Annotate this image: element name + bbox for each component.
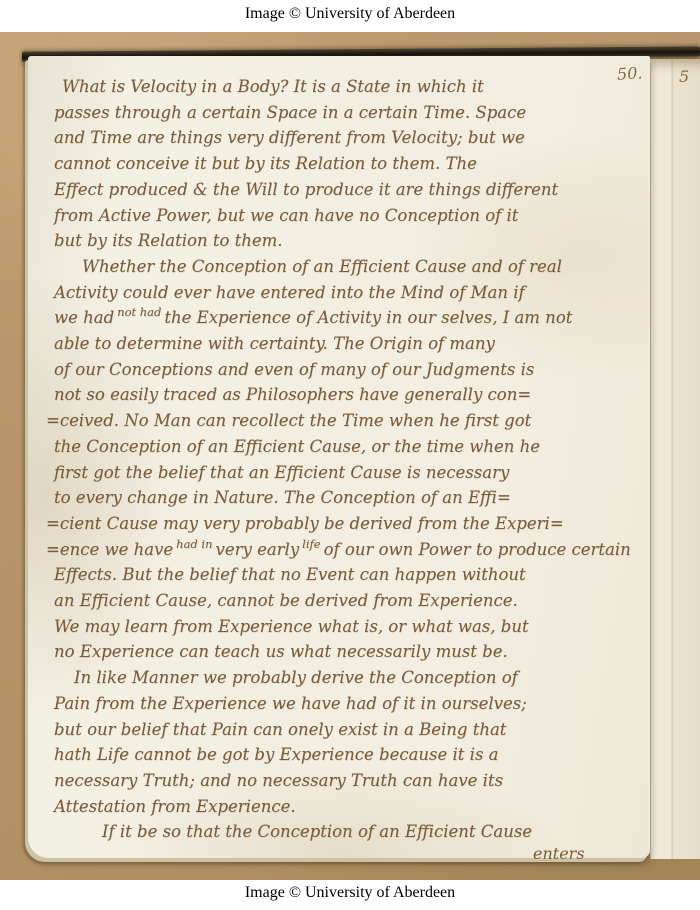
- line-text: we had: [54, 308, 114, 327]
- manuscript-line: passes through a certain Space in a cert…: [54, 100, 648, 126]
- manuscript-line: but our belief that Pain can onely exist…: [54, 717, 648, 743]
- manuscript-line: first got the belief that an Efficient C…: [54, 460, 648, 486]
- line-text: Whether the Conception of an Efficient C…: [82, 257, 562, 276]
- manuscript-line: the Conception of an Efficient Cause, or…: [54, 434, 648, 460]
- manuscript-line: Activity could ever have entered into th…: [54, 280, 648, 306]
- line-text: of our own Power to produce certain: [324, 540, 631, 559]
- catchword: enters: [533, 844, 585, 863]
- line-text: We may learn from Experience what is, or…: [54, 617, 529, 636]
- line-text: able to determine with certainty. The Or…: [54, 334, 495, 353]
- line-text: hath Life cannot be got by Experience be…: [54, 745, 499, 764]
- line-text: Activity could ever have entered into th…: [54, 283, 525, 302]
- line-text: In like Manner we probably derive the Co…: [74, 668, 518, 687]
- manuscript-line: Effects. But the belief that no Event ca…: [54, 562, 648, 588]
- line-text: necessary Truth; and no necessary Truth …: [54, 771, 503, 790]
- bottom-copyright-caption: Image © University of Aberdeen: [0, 884, 700, 902]
- manuscript-line: Effect produced & the Will to produce it…: [54, 177, 648, 203]
- manuscript-line: cannot conceive it but by its Relation t…: [54, 151, 648, 177]
- line-text: the Conception of an Efficient Cause, or…: [54, 437, 540, 456]
- manuscript-photo: 5 50. What is Velocity in a Body? It is …: [0, 32, 700, 880]
- line-text: the Experience of Activity in our selves…: [164, 308, 572, 327]
- line-text: to every change in Nature. The Conceptio…: [54, 488, 511, 507]
- manuscript-page: 50. What is Velocity in a Body? It is a …: [28, 56, 650, 858]
- line-text: but our belief that Pain can onely exist…: [54, 720, 506, 739]
- line-text: =ence we have: [46, 540, 173, 559]
- line-text: What is Velocity in a Body? It is a Stat…: [62, 77, 484, 96]
- manuscript-line: but by its Relation to them.: [54, 228, 648, 254]
- manuscript-line: to every change in Nature. The Conceptio…: [54, 485, 648, 511]
- manuscript-line: Attestation from Experience.: [54, 794, 648, 820]
- line-text: but by its Relation to them.: [54, 231, 283, 250]
- next-page-number: 5: [679, 67, 689, 86]
- manuscript-line: hath Life cannot be got by Experience be…: [54, 742, 648, 768]
- manuscript-line: of our Conceptions and even of many of o…: [54, 357, 648, 383]
- line-text: cannot conceive it but by its Relation t…: [54, 154, 477, 173]
- line-text: and Time are things very different from …: [54, 128, 525, 147]
- manuscript-line: and Time are things very different from …: [54, 125, 648, 151]
- line-text: Pain from the Experience we have had of …: [54, 694, 527, 713]
- manuscript-line: Pain from the Experience we have had of …: [54, 691, 648, 717]
- manuscript-line: necessary Truth; and no necessary Truth …: [54, 768, 648, 794]
- manuscript-line: =ence we havehad invery earlylifeof our …: [46, 537, 648, 563]
- line-text: very early: [216, 540, 300, 559]
- line-text: first got the belief that an Efficient C…: [54, 463, 509, 482]
- line-text: =cient Cause may very probably be derive…: [46, 514, 564, 533]
- line-text: no Experience can teach us what necessar…: [54, 642, 508, 661]
- manuscript-line: We may learn from Experience what is, or…: [54, 614, 648, 640]
- manuscript-line: Whether the Conception of an Efficient C…: [82, 254, 648, 280]
- screenshot-root: Image © University of Aberdeen 5 50. Wha…: [0, 0, 700, 910]
- manuscript-text: What is Velocity in a Body? It is a Stat…: [54, 74, 648, 845]
- manuscript-line: If it be so that the Conception of an Ef…: [102, 819, 648, 845]
- manuscript-line: =cient Cause may very probably be derive…: [46, 511, 648, 537]
- line-text: Attestation from Experience.: [54, 797, 296, 816]
- line-text: If it be so that the Conception of an Ef…: [102, 822, 532, 841]
- manuscript-line: not so easily traced as Philosophers hav…: [54, 382, 648, 408]
- line-text: Effects. But the belief that no Event ca…: [54, 565, 526, 584]
- line-text: an Efficient Cause, cannot be derived fr…: [54, 591, 518, 610]
- manuscript-line: What is Velocity in a Body? It is a Stat…: [62, 74, 648, 100]
- manuscript-line: no Experience can teach us what necessar…: [54, 639, 648, 665]
- line-text: =ceived. No Man can recollect the Time w…: [46, 411, 531, 430]
- manuscript-line: we hadnot hadthe Experience of Activity …: [54, 305, 648, 331]
- manuscript-line: an Efficient Cause, cannot be derived fr…: [54, 588, 648, 614]
- manuscript-line: =ceived. No Man can recollect the Time w…: [46, 408, 648, 434]
- manuscript-line: In like Manner we probably derive the Co…: [74, 665, 648, 691]
- line-text: from Active Power, but we can have no Co…: [54, 206, 518, 225]
- top-copyright-caption: Image © University of Aberdeen: [0, 5, 700, 23]
- line-text: passes through a certain Space in a cert…: [54, 103, 526, 122]
- line-text: of our Conceptions and even of many of o…: [54, 360, 534, 379]
- line-text: Effect produced & the Will to produce it…: [54, 180, 558, 199]
- line-text: not so easily traced as Philosophers hav…: [54, 385, 531, 404]
- next-page-edge: 5: [650, 59, 700, 859]
- manuscript-line: from Active Power, but we can have no Co…: [54, 203, 648, 229]
- manuscript-line: able to determine with certainty. The Or…: [54, 331, 648, 357]
